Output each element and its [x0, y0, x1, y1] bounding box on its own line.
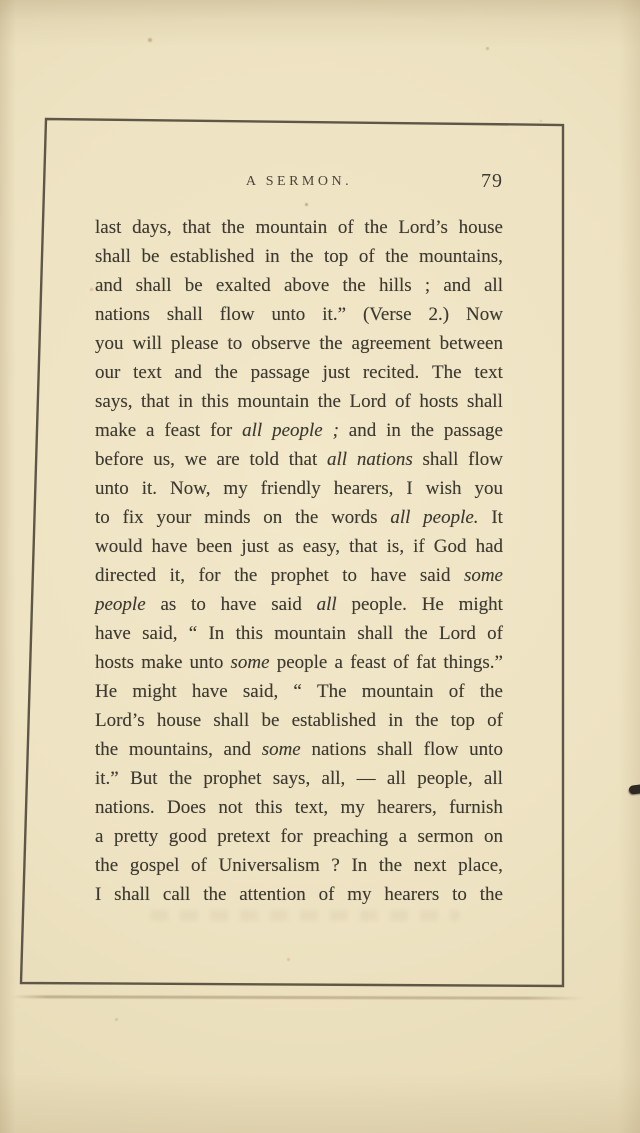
text-line: andshallbeexaltedabovethehills;andall	[95, 271, 503, 300]
show-through-ghost	[150, 910, 460, 921]
text-line: peopleastohavesaidallpeople.Hemight	[95, 590, 503, 619]
ink-stain	[629, 784, 640, 795]
text-line: lastdays,thatthemountainoftheLord’shouse	[95, 213, 503, 242]
text-line: untoit.Now,myfriendlyhearers,Iwishyou	[95, 474, 503, 503]
text-line: thegospelofUniversalism?Inthenextplace,	[95, 851, 503, 880]
foxing-speck	[228, 338, 231, 341]
foxing-speck	[486, 47, 489, 50]
text-line: wouldhavebeenjustaseasy,thatis,ifGodhad	[95, 532, 503, 561]
running-head: A SERMON.	[95, 174, 503, 190]
text-line: tofixyourmindsonthewordsallpeople.It	[95, 503, 503, 532]
text-line: directedit,fortheprophettohavesaidsome	[95, 561, 503, 590]
foxing-speck	[90, 288, 93, 291]
text-line: Ishallcalltheattentionofmyhearerstothe	[95, 880, 503, 909]
sermon-text: lastdays,thatthemountainoftheLord’shouse…	[95, 213, 503, 909]
foxing-speck	[287, 958, 290, 961]
text-line: shallbeestablishedinthetopofthemountains…	[95, 242, 503, 271]
foxing-speck	[305, 203, 308, 206]
text-line: themountains,andsomenationsshallflowunto	[95, 735, 503, 764]
text-line: nations.Doesnotthistext,myhearers,furnis…	[95, 793, 503, 822]
text-line: havesaid,“InthismountainshalltheLordof	[95, 619, 503, 648]
text-line: says,thatinthismountaintheLordofhostssha…	[95, 387, 503, 416]
text-line: youwillpleasetoobservetheagreementbetwee…	[95, 329, 503, 358]
text-line: ourtextandthepassagejustrecited.Thetext	[95, 358, 503, 387]
text-line: Hemighthavesaid,“Themountainofthe	[95, 677, 503, 706]
page-header: A SERMON. 79	[95, 174, 503, 200]
text-line: beforeus,wearetoldthatallnationsshallflo…	[95, 445, 503, 474]
text-line: Lord’shouseshallbeestablishedinthetopof	[95, 706, 503, 735]
text-line: it.”Buttheprophetsays,all,—allpeople,all	[95, 764, 503, 793]
text-line: hostsmakeuntosomepeopleafeastoffatthings…	[95, 648, 503, 677]
foxing-speck	[115, 1018, 118, 1021]
text-line: nationsshallflowuntoit.”(Verse2.)Now	[95, 300, 503, 329]
foxing-speck	[540, 120, 542, 122]
page-number: 79	[481, 170, 503, 193]
scanned-book-page: A SERMON. 79 lastdays,thatthemountainoft…	[0, 0, 640, 1133]
foxing-speck	[148, 38, 152, 42]
text-line: makeafeastforallpeople;andinthepassage	[95, 416, 503, 445]
text-line: aprettygoodpretextforpreachingasermonon	[95, 822, 503, 851]
